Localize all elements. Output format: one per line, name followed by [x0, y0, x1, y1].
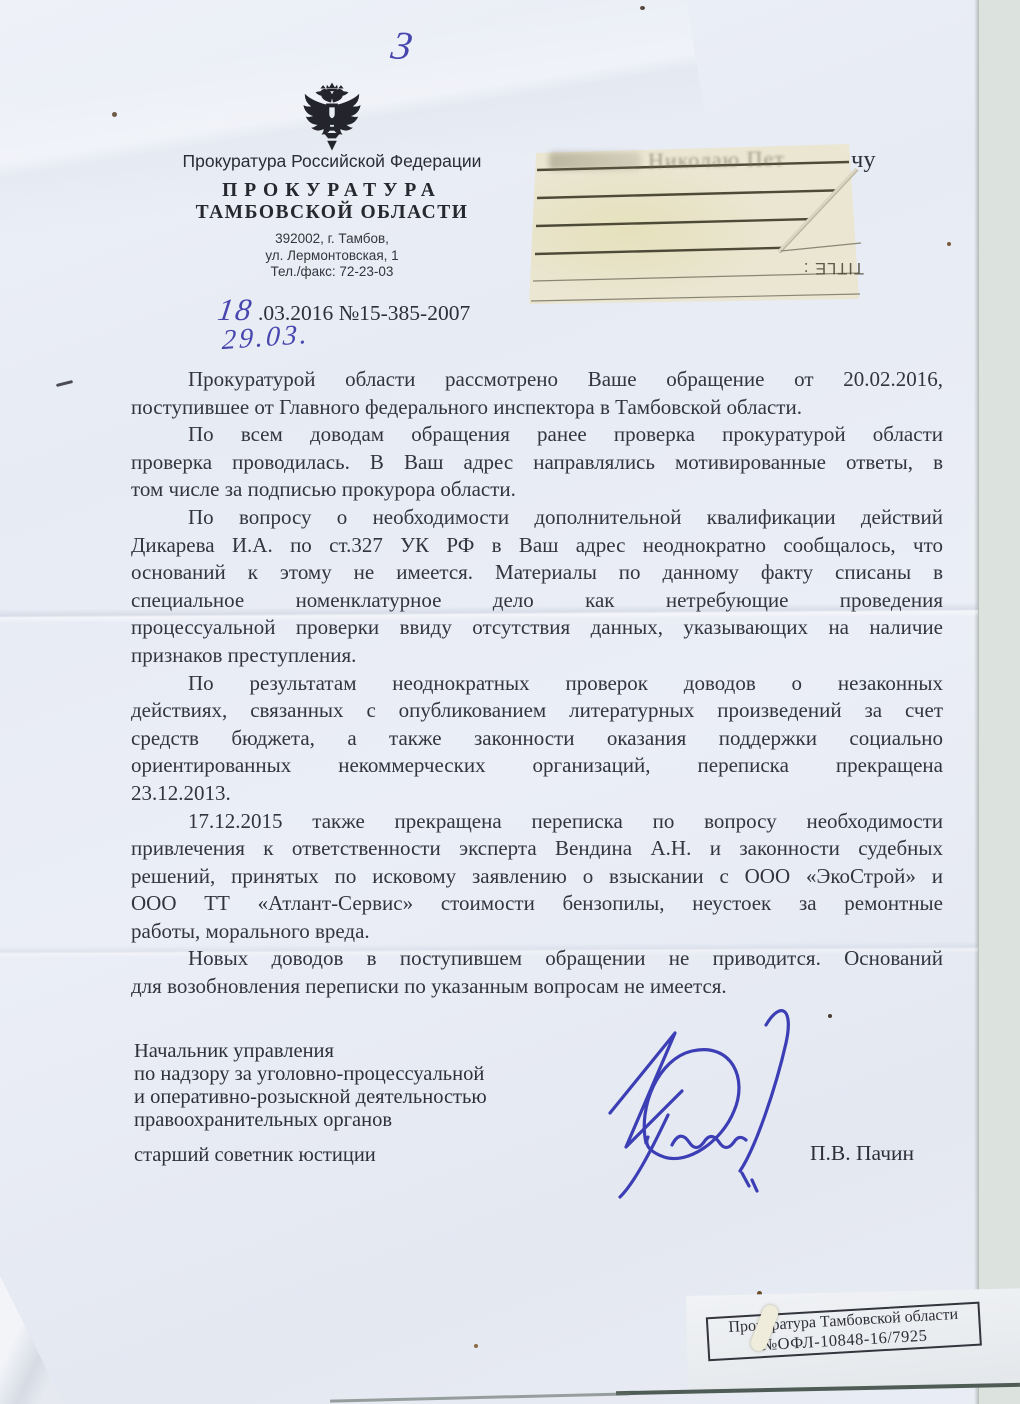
signer-name: П.В. Пачин — [810, 1141, 914, 1166]
letterhead-org-region: ТАМБОВСКОЙ ОБЛАСТИ — [128, 202, 536, 224]
letter-body: Прокуратурой области рассмотрено Ваше об… — [131, 366, 943, 1001]
body-line: специальное номенклатурное дело как нетр… — [131, 587, 943, 615]
body-line: Новых доводов в поступившем обращении не… — [131, 945, 943, 973]
speck — [640, 6, 645, 10]
body-line: оснований к этому не имеется. Материалы … — [131, 559, 943, 587]
speck — [947, 242, 951, 246]
handwritten-received-date: 29.03. — [221, 319, 310, 357]
coat-of-arms-double-headed-eagle — [301, 80, 363, 158]
registration-stamp: Прокуратура Тамбовской области №ОФЛ-1084… — [706, 1302, 982, 1362]
signer-position-block: Начальник управления по надзору за уголо… — [134, 1040, 487, 1167]
body-line: 23.12.2013. — [131, 780, 943, 808]
body-line: ориентированных некоммерческих организац… — [131, 752, 943, 780]
body-line: признаков преступления. — [131, 642, 943, 670]
scanner-background — [978, 0, 1020, 1404]
speck — [112, 112, 117, 117]
letterhead-org-name: ПРОКУРАТУРА — [128, 180, 536, 202]
strip-title-label: TITLE : — [752, 258, 864, 277]
scanned-letter-page: 3 Прокуратура Российской Федерации ПРОКУ… — [0, 0, 1020, 1404]
body-line: По всем доводам обращения ранее проверка… — [131, 421, 943, 449]
speck — [828, 1014, 832, 1018]
body-line: проверка проводилась. В Ваш адрес направ… — [131, 449, 943, 477]
body-line: том числе за подписью прокурора области. — [131, 476, 943, 504]
body-line: По вопросу о необходимости дополнительно… — [131, 504, 943, 532]
position-line: по надзору за уголовно-процессуальной — [134, 1063, 487, 1086]
address-line: Тел./факс: 72-23-03 — [128, 264, 536, 281]
body-line: ООО ТТ «Атлант-Сервис» стоимости бензопи… — [131, 890, 943, 918]
ghost-text-smudge — [549, 152, 641, 170]
addressee-ghost-text: Николаю Пет — [648, 146, 785, 174]
paper-right-edge — [974, 0, 979, 1404]
body-line: привлечения к ответственности эксперта В… — [131, 835, 943, 863]
addressee-visible-ending: чу — [851, 146, 876, 174]
letterhead-address: 392002, г. Тамбов, ул. Лермонтовская, 1 … — [128, 231, 536, 281]
body-line: для возобновления переписки по указанным… — [131, 973, 943, 1001]
body-line: решений, принятых по исковому заявлению … — [131, 863, 943, 891]
handwritten-signature — [580, 995, 810, 1205]
body-line: Прокуратурой области рассмотрено Ваше об… — [131, 366, 943, 394]
registration-sticker: Прокуратура Тамбовской области №ОФЛ-1084… — [686, 1288, 1020, 1393]
signer-rank: старший советник юстиции — [134, 1144, 487, 1167]
position-line: правоохранительных органов — [134, 1109, 487, 1132]
body-line: поступившее от Главного федерального инс… — [131, 394, 943, 422]
speck — [474, 1344, 478, 1348]
position-line: и оперативно-розыскной деятельностью — [134, 1086, 487, 1109]
letterhead-federation-line: Прокуратура Российской Федерации — [128, 151, 536, 172]
body-line: По результатам неоднократных проверок до… — [131, 670, 943, 698]
body-line: работы, морального вреда. — [131, 918, 943, 946]
body-line: действиях, связанных с опубликованием ли… — [131, 697, 943, 725]
body-line: средств бюджета, а также законности оказ… — [131, 725, 943, 753]
body-line: 17.12.2015 также прекращена переписка по… — [131, 808, 943, 836]
body-line: Дикарева И.А. по ст.327 УК РФ в Ваш адре… — [131, 532, 943, 560]
address-line: ул. Лермонтовская, 1 — [128, 248, 536, 265]
body-line: процессуальной проверки ввиду отсутствия… — [131, 614, 943, 642]
position-line: Начальник управления — [134, 1040, 487, 1063]
address-line: 392002, г. Тамбов, — [128, 231, 536, 248]
